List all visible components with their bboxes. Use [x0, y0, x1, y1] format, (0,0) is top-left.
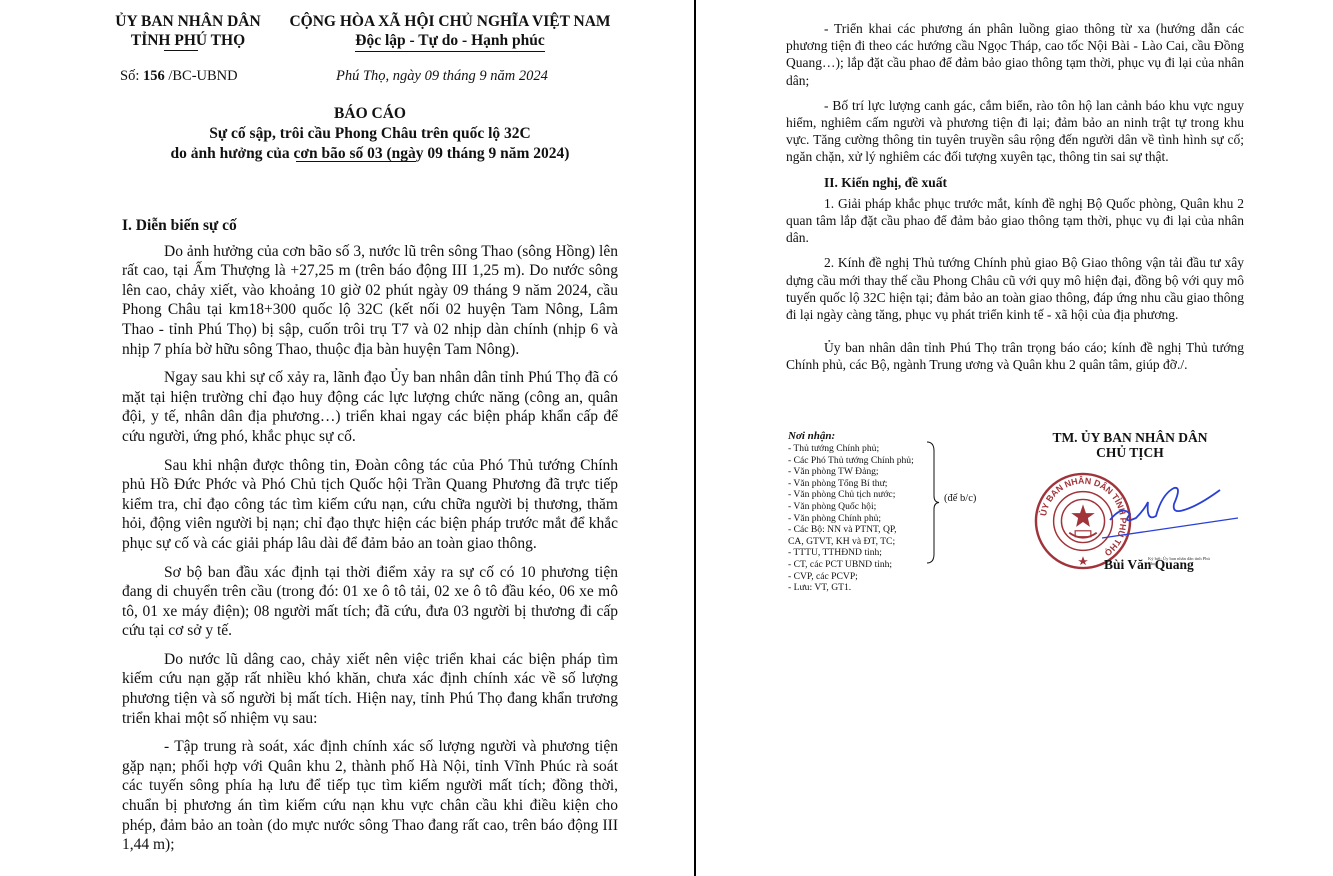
- national-motto: Độc lập - Tự do - Hạnh phúc: [355, 31, 544, 52]
- body-section-2: - Triển khai các phương án phân luồng gi…: [786, 20, 1244, 382]
- recipient-item: CA, GTVT, KH và ĐT, TC;: [788, 536, 948, 548]
- document-title: BÁO CÁO Sự cố sập, trôi cầu Phong Châu t…: [100, 104, 640, 164]
- on-behalf: TM. ỦY BAN NHÂN DÂN: [1050, 430, 1210, 445]
- issuing-agency: ỦY BAN NHÂN DÂN TỈNH PHÚ THỌ: [108, 12, 268, 50]
- recipient-item: - Văn phòng Chính phủ;: [788, 513, 948, 525]
- doc-number-prefix: Số:: [120, 68, 143, 84]
- closing-paragraph: Ủy ban nhân dân tỉnh Phú Thọ trân trọng …: [786, 339, 1244, 373]
- recipient-item: - Văn phòng Tổng Bí thư;: [788, 478, 948, 490]
- recipient-item: - Các Phó Thủ tướng Chính phủ;: [788, 455, 948, 467]
- recommendation: 2. Kính đề nghị Thủ tướng Chính phủ giao…: [786, 254, 1244, 323]
- doc-number-value: 156: [143, 68, 165, 84]
- place-date: Phú Thọ, ngày 09 tháng 9 năm 2024: [336, 68, 548, 85]
- recipient-item: - CVP, các PCVP;: [788, 571, 948, 583]
- section-heading: II. Kiến nghị, đề xuất: [824, 174, 1244, 191]
- recipients-list: Nơi nhận: - Thủ tướng Chính phủ;- Các Ph…: [788, 430, 948, 594]
- recipient-item: - Văn phòng Chủ tịch nước;: [788, 489, 948, 501]
- brace-label: (để b/c): [944, 493, 976, 504]
- paragraph: - Bố trí lực lượng canh gác, cắm biển, r…: [786, 97, 1244, 166]
- title-underline: [296, 161, 416, 162]
- doc-type: BÁO CÁO: [100, 104, 640, 124]
- signer-position: CHỦ TỊCH: [1050, 445, 1210, 460]
- paragraph: Ngay sau khi sự cố xảy ra, lãnh đạo Ủy b…: [122, 368, 618, 446]
- signature-title: TM. ỦY BAN NHÂN DÂN CHỦ TỊCH: [1050, 430, 1210, 460]
- nation-name: CỘNG HÒA XÃ HỘI CHỦ NGHĨA VIỆT NAM: [285, 12, 615, 31]
- recommendation: 1. Giải pháp khắc phục trước mắt, kính đ…: [786, 195, 1244, 247]
- agency-line-2: TỈNH PHÚ THỌ: [108, 31, 268, 50]
- doc-number-suffix: /BC-UBND: [165, 68, 238, 84]
- recipient-item: - CT, các PCT UBND tỉnh;: [788, 559, 948, 571]
- recipient-item: - Văn phòng Quốc hội;: [788, 501, 948, 513]
- signature-icon: [1100, 480, 1240, 540]
- subject-line-1: Sự cố sập, trôi cầu Phong Châu trên quốc…: [100, 124, 640, 144]
- paragraph: Sau khi nhận được thông tin, Đoàn công t…: [122, 456, 618, 554]
- brace-icon: [926, 441, 940, 564]
- recipient-item: - Thủ tướng Chính phủ;: [788, 443, 948, 455]
- recipient-item: - Văn phòng TW Đảng;: [788, 466, 948, 478]
- paragraph: Do ảnh hưởng của cơn bão số 3, nước lũ t…: [122, 242, 618, 360]
- recipient-item: - TTTU, TTHĐND tỉnh;: [788, 547, 948, 559]
- agency-underline: [164, 50, 198, 51]
- agency-line-1: ỦY BAN NHÂN DÂN: [108, 12, 268, 31]
- national-heading: CỘNG HÒA XÃ HỘI CHỦ NGHĨA VIỆT NAM Độc l…: [285, 12, 615, 52]
- paragraph: Sơ bộ ban đầu xác định tại thời điểm xảy…: [122, 563, 618, 641]
- recipient-item: - Các Bộ: NN và PTNT, QP,: [788, 524, 948, 536]
- document-number: Số: 156 /BC-UBND: [120, 68, 238, 85]
- recipients-title: Nơi nhận:: [788, 430, 948, 443]
- paragraph: - Triển khai các phương án phân luồng gi…: [786, 20, 1244, 89]
- body-section-1: I. Diễn biến sự cố Do ảnh hưởng của cơn …: [122, 216, 618, 864]
- paragraph: - Tập trung rà soát, xác định chính xác …: [122, 737, 618, 855]
- recipient-item: - Lưu: VT, GT1.: [788, 582, 948, 594]
- paragraph: Do nước lũ dâng cao, chảy xiết nên việc …: [122, 650, 618, 728]
- section-heading: I. Diễn biến sự cố: [122, 216, 618, 236]
- digital-signature-note: Ký bởi: Ủy ban nhân dân tỉnh Phú Thọ: [1148, 556, 1218, 566]
- page-1: ỦY BAN NHÂN DÂN TỈNH PHÚ THỌ CỘNG HÒA XÃ…: [0, 0, 694, 876]
